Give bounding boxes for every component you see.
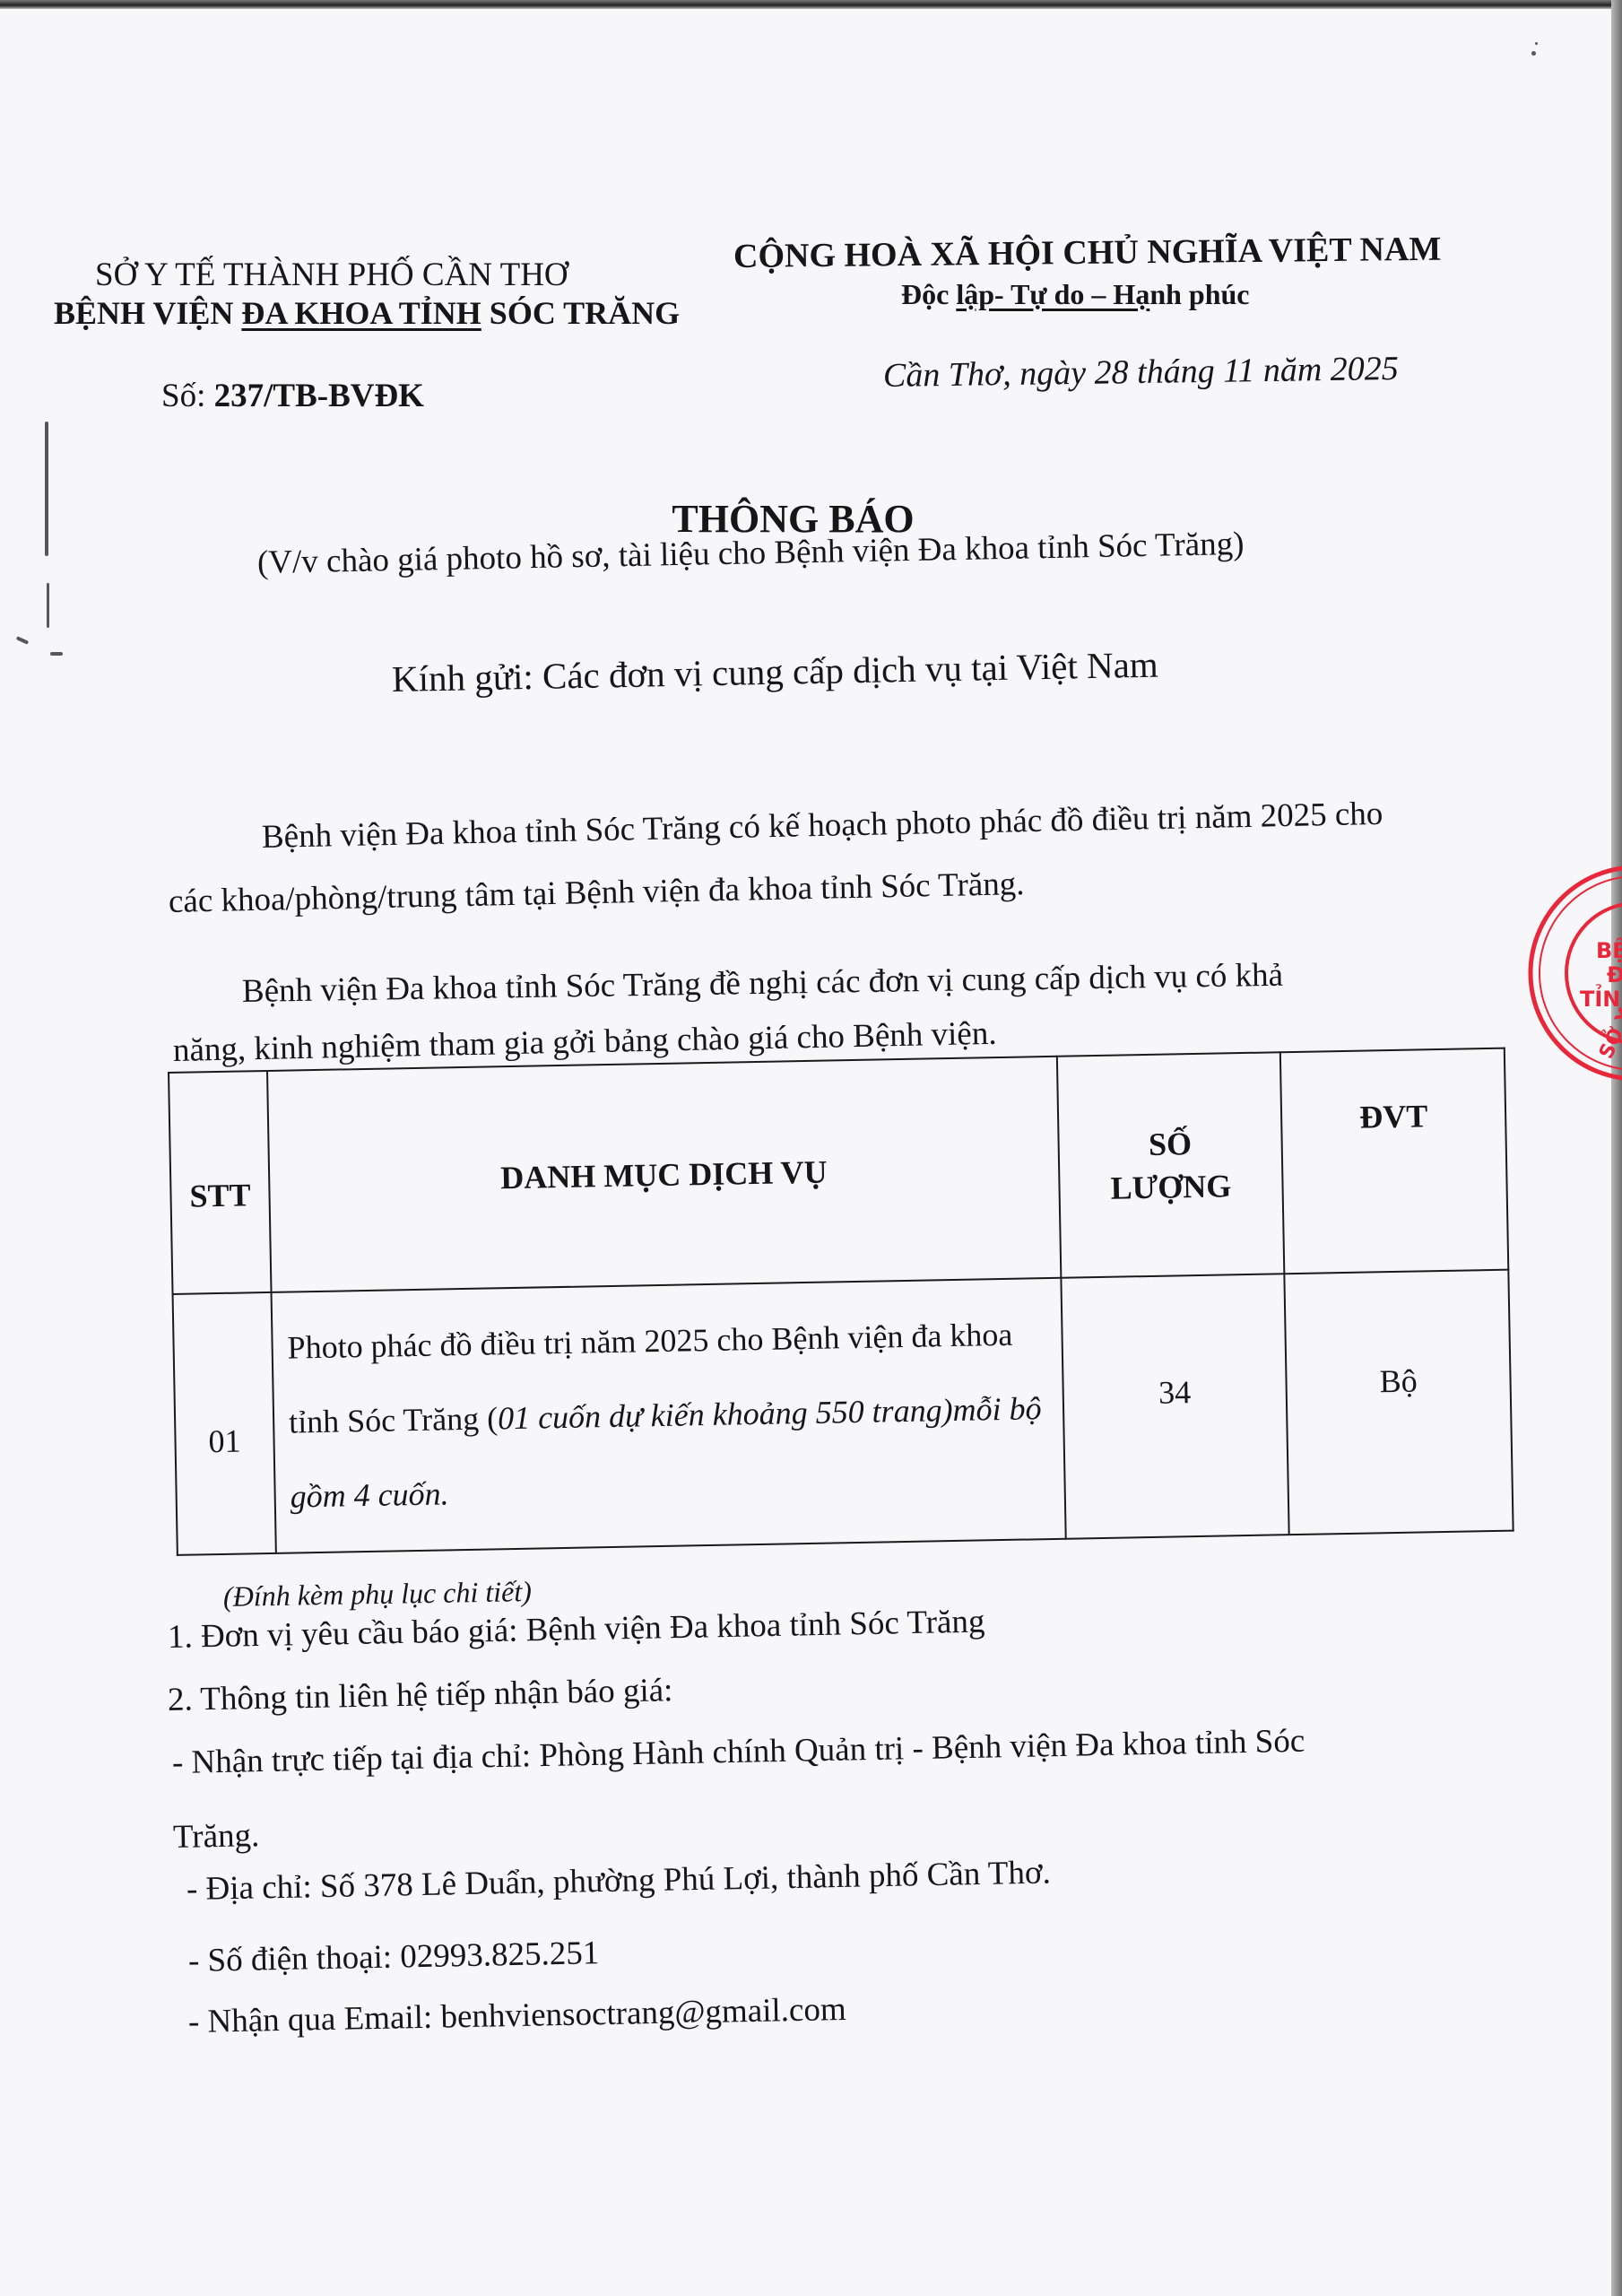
motto-underlined: lập- Tự do – Hạ <box>956 278 1149 310</box>
col-header-unit: ĐVT <box>1280 1048 1508 1274</box>
hospital-name-underlined: ĐA KHOA TỈNH <box>241 295 481 331</box>
motto-suffix: nh phúc <box>1149 278 1249 310</box>
row-quantity: 34 <box>1061 1274 1289 1539</box>
service-table: STT DANH MỤC DỊCH VỤ SỐLƯỢNG ĐVT 01 Phot… <box>168 1048 1514 1556</box>
motto-prefix: Độc <box>901 278 956 310</box>
row-unit: Bộ <box>1285 1270 1514 1535</box>
national-motto: Độc lập- Tự do – Hạnh phúc <box>901 278 1250 311</box>
scan-mark <box>1531 51 1536 56</box>
scan-mark <box>50 652 63 656</box>
hospital-name-prefix: BỆNH VIỆN <box>54 295 241 331</box>
row-stt: 01 <box>173 1292 276 1555</box>
hospital-name-suffix: SÓC TRĂNG <box>481 295 680 331</box>
svg-text:TỈNH: TỈNH <box>1580 982 1622 1012</box>
scan-mark <box>1535 42 1538 45</box>
scanner-edge-right <box>1611 0 1622 2296</box>
item-submit-in-person-line-2: Trăng. <box>173 1816 260 1857</box>
row-description: Photo phác đồ điều trị năm 2025 cho Bệnh… <box>271 1278 1065 1553</box>
svg-text:Đ: Đ <box>1607 962 1622 987</box>
attachment-note: (Đính kèm phụ lục chi tiết) <box>223 1575 532 1613</box>
document-number: Số: 237/TB-BVĐK <box>161 377 424 415</box>
col-header-quantity: SỐLƯỢNG <box>1056 1052 1284 1278</box>
col-header-service: DANH MỤC DỊCH VỤ <box>267 1057 1061 1292</box>
table-header-row: STT DANH MỤC DỊCH VỤ SỐLƯỢNG ĐVT <box>169 1048 1508 1294</box>
national-title: CỘNG HOÀ XÃ HỘI CHỦ NGHĨA VIỆT NAM <box>733 230 1442 276</box>
hospital-name: BỆNH VIỆN ĐA KHOA TỈNH SÓC TRĂNG <box>54 294 680 332</box>
document-number-value: 237/TB-BVĐK <box>214 378 424 414</box>
svg-text:BỆ: BỆ <box>1596 936 1622 963</box>
scanner-edge-top <box>0 0 1622 9</box>
place-date: Cần Thơ, ngày 28 tháng 11 năm 2025 <box>883 349 1399 396</box>
qty-header-line-2: LƯỢNG <box>1110 1168 1231 1205</box>
service-table-wrapper: STT DANH MỤC DỊCH VỤ SỐLƯỢNG ĐVT 01 Phot… <box>168 1048 1522 1561</box>
qty-header-line-1: SỐ <box>1149 1126 1193 1162</box>
col-header-stt: STT <box>169 1071 271 1294</box>
scan-mark <box>47 583 49 628</box>
official-seal-icon: SỞ Y TẾ THÀ BỆ Đ TỈNH <box>1524 861 1622 1085</box>
scan-mark <box>45 422 48 556</box>
table-row: 01 Photo phác đồ điều trị năm 2025 cho B… <box>173 1270 1514 1555</box>
document-number-label: Số: <box>161 378 214 414</box>
department-name: SỞ Y TẾ THÀNH PHỐ CẦN THƠ <box>95 256 568 294</box>
item-phone: - Số điện thoại: 02993.825.251 <box>188 1934 600 1980</box>
